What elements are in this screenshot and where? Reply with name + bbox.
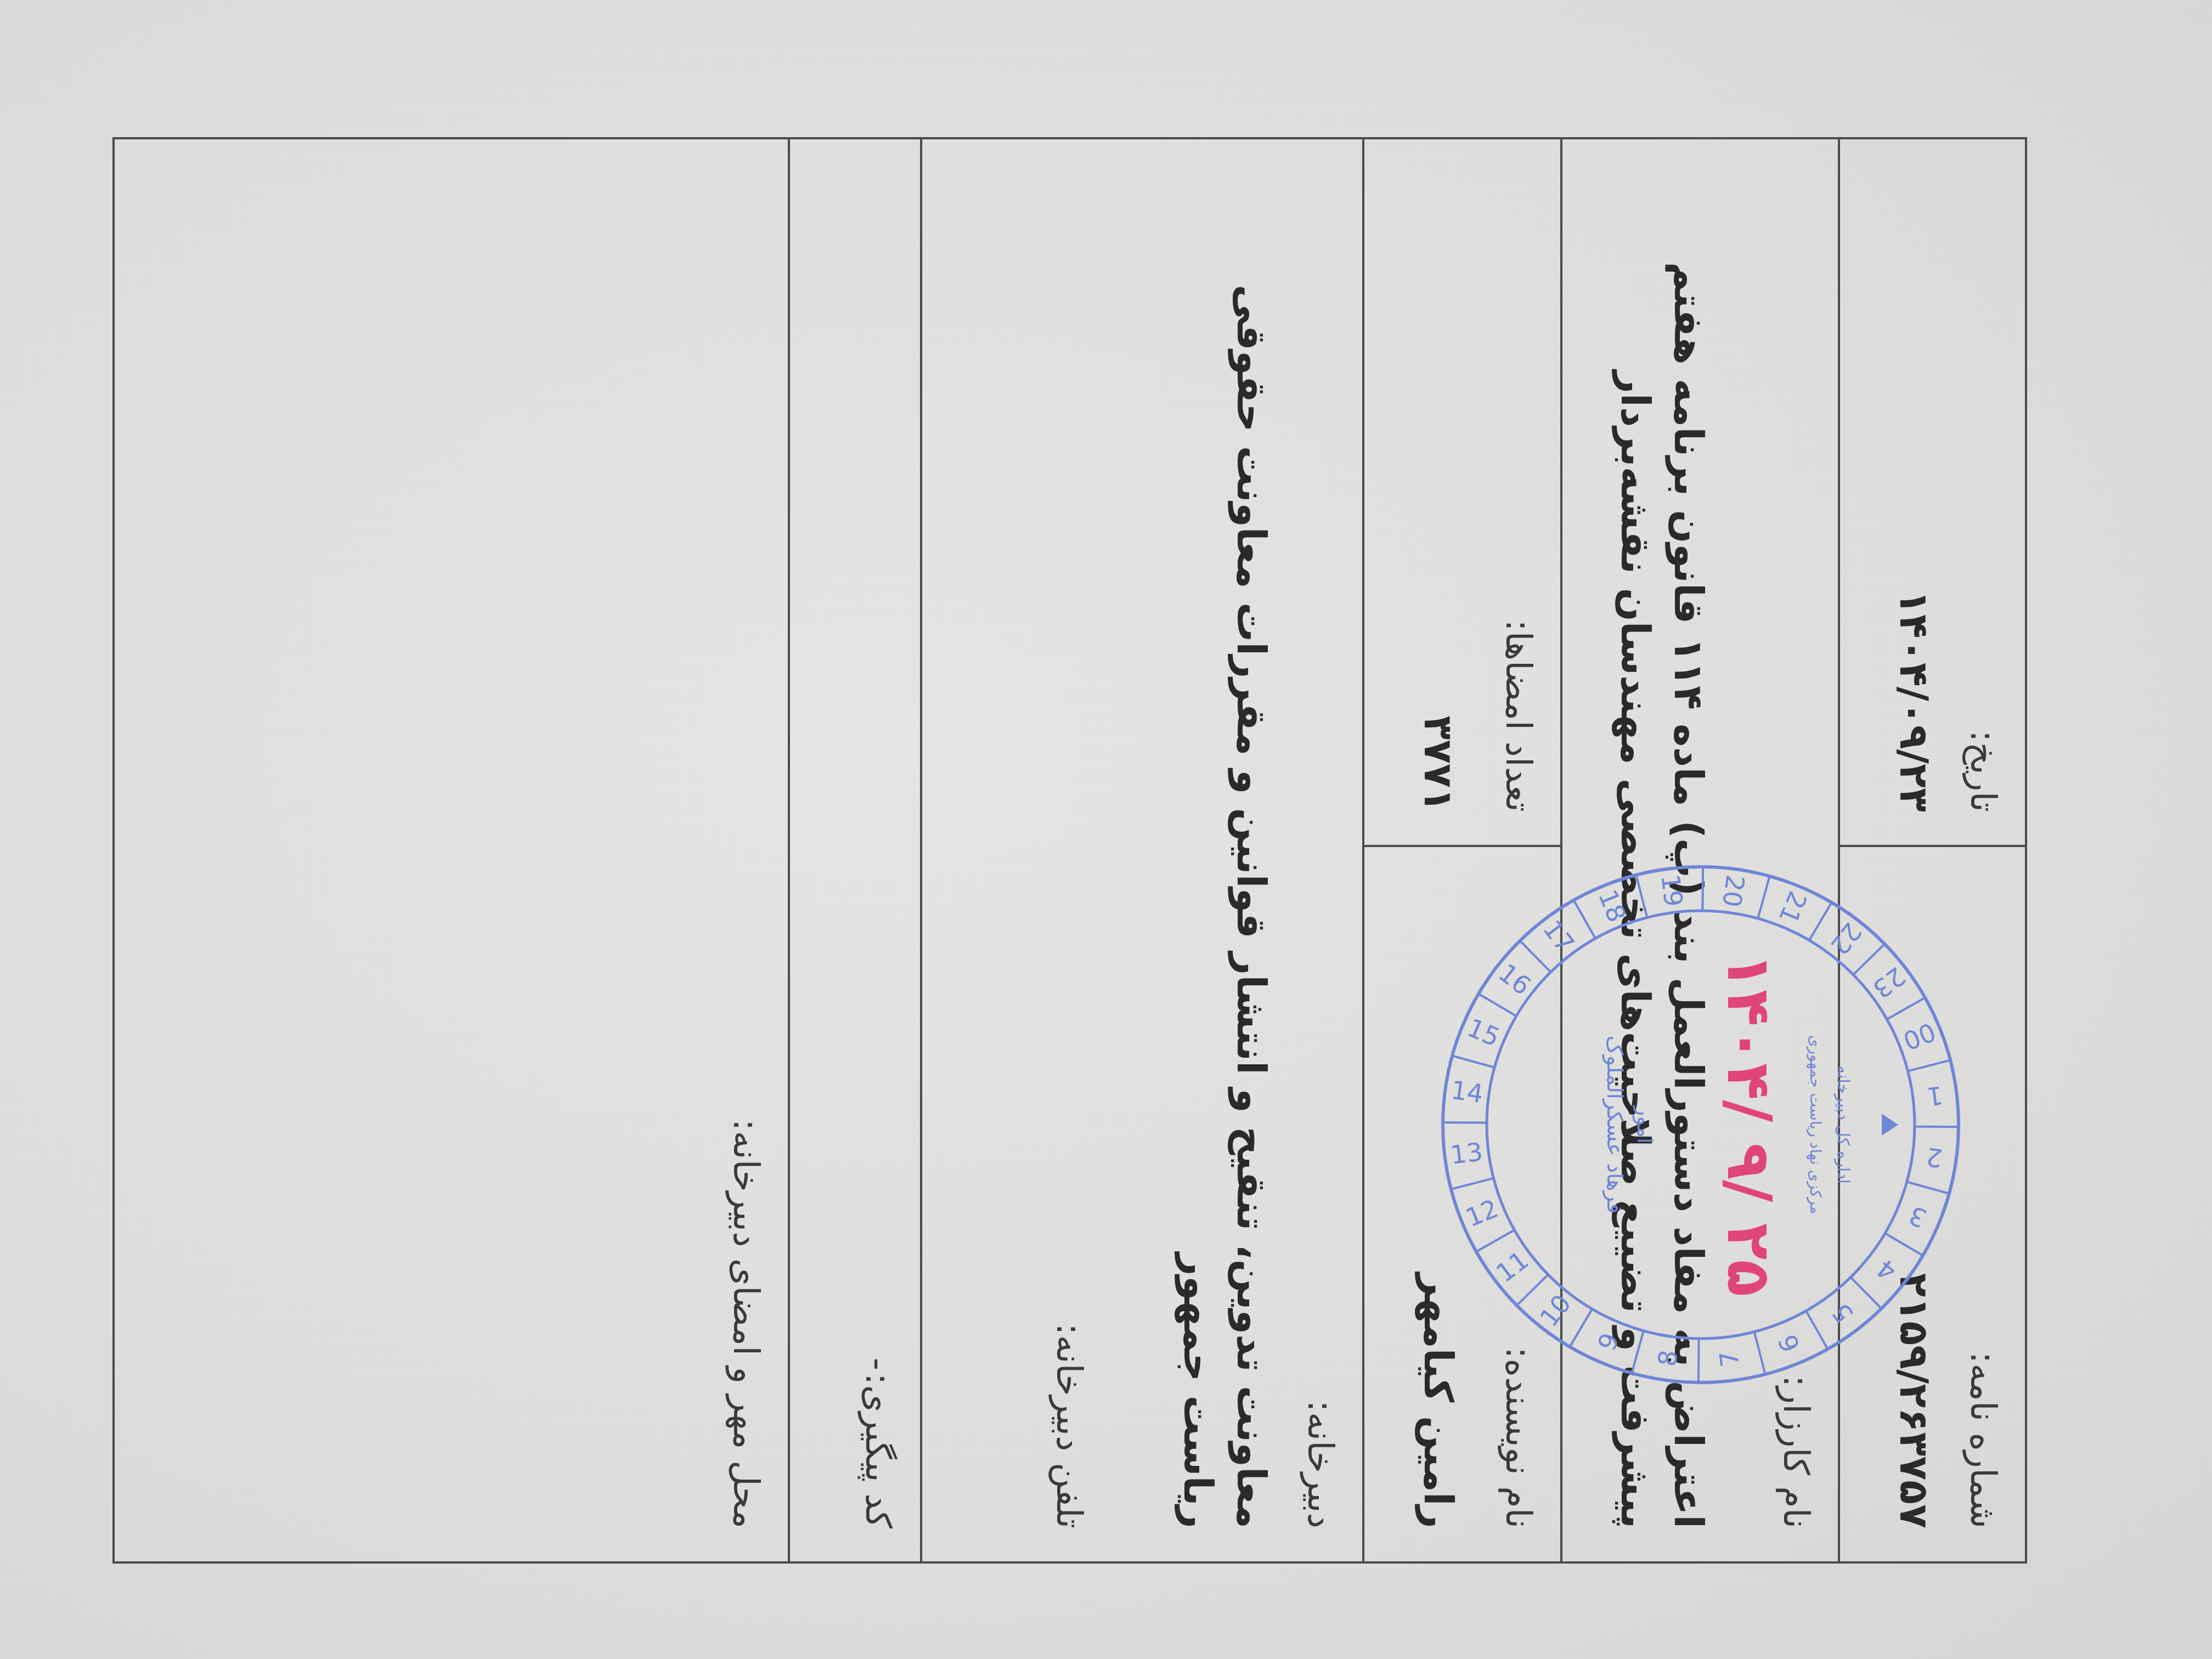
stamp-hour-label: 14 [1449,1075,1485,1109]
stamp-signature: فرهاد عسکرالملوک [1602,1036,1627,1214]
stamp-hour-label: 20 [1717,873,1751,909]
stamp-org-line1: اداره کل دبیرخانه [1833,1065,1853,1184]
date-cell: تاریخ: ۱۴۰۴/۰۹/۲۳ [1838,137,2027,847]
stamp-org-line2: مرکزی نهاد ریاست جمهوری [1807,1035,1825,1215]
tracking-code-cell: کد پیگیری: - [788,137,922,1564]
secretariat-label: دبیرخانه: [1300,172,1340,1528]
stamp-hour-label: 00 [1899,1017,1940,1056]
signature-count-label: تعداد امضاها: [1498,172,1538,812]
signature-count-cell: تعداد امضاها: ۳۷۷۱ [1362,137,1562,847]
stamp-department: امور [1632,1105,1657,1144]
stamp-emblem-icon [1882,1114,1898,1136]
stamp-hour-label: 12 [1462,1193,1503,1233]
stamp-hour-label: 4 [1871,1253,1902,1286]
stamp-hour-label: 13 [1449,1137,1485,1170]
stamp-hour-label: 5 [1826,1297,1859,1328]
date-label: تاریخ: [1962,172,2003,812]
stamp-hour-label: 2 [1925,1142,1945,1173]
stamp-hour-label: 1 [1925,1080,1945,1111]
seal-location-cell: محل مهر و امضای دبیرخانه: [112,137,790,1564]
stamp-hour-label: 19 [1655,873,1689,909]
seal-location-label: محل مهر و امضای دبیرخانه: [725,172,766,1528]
stamp-hour-label: 6 [1773,1330,1806,1356]
tracking-code-label: کد پیگیری: [857,1373,898,1528]
stamp-hour-label: 3 [1905,1200,1931,1233]
secretariat-cell: دبیرخانه: معاونت تدوین، تنقیح و انتشار ق… [920,137,1364,1564]
stamp-hour-label: 9 [1592,1329,1625,1355]
stamp-hour-label: 7 [1714,1349,1745,1369]
signature-count: ۳۷۷۱ [1412,172,1465,812]
secretariat-stamp: 001234567891011121314151617181920212223 … [1426,850,1975,1399]
date-value: ۱۴۰۴/۰۹/۲۳ [1887,172,1940,812]
stamp-hour-label: 21 [1773,887,1813,928]
stamp-hour-label: 15 [1463,1013,1504,1053]
tracking-code: - [857,1358,898,1370]
secretariat-phone-label: تلفن دبیرخانه: [1048,1323,1089,1528]
stamp-hour-label: 18 [1593,885,1632,927]
stamp-hour-label: 8 [1652,1348,1684,1369]
stamp-date: ۱۴۰۴/ ۹/ ۲۵ [1714,953,1784,1297]
secretariat-name: معاونت تدوین، تنقیح و انتشار قوانین و مق… [1171,172,1278,1528]
